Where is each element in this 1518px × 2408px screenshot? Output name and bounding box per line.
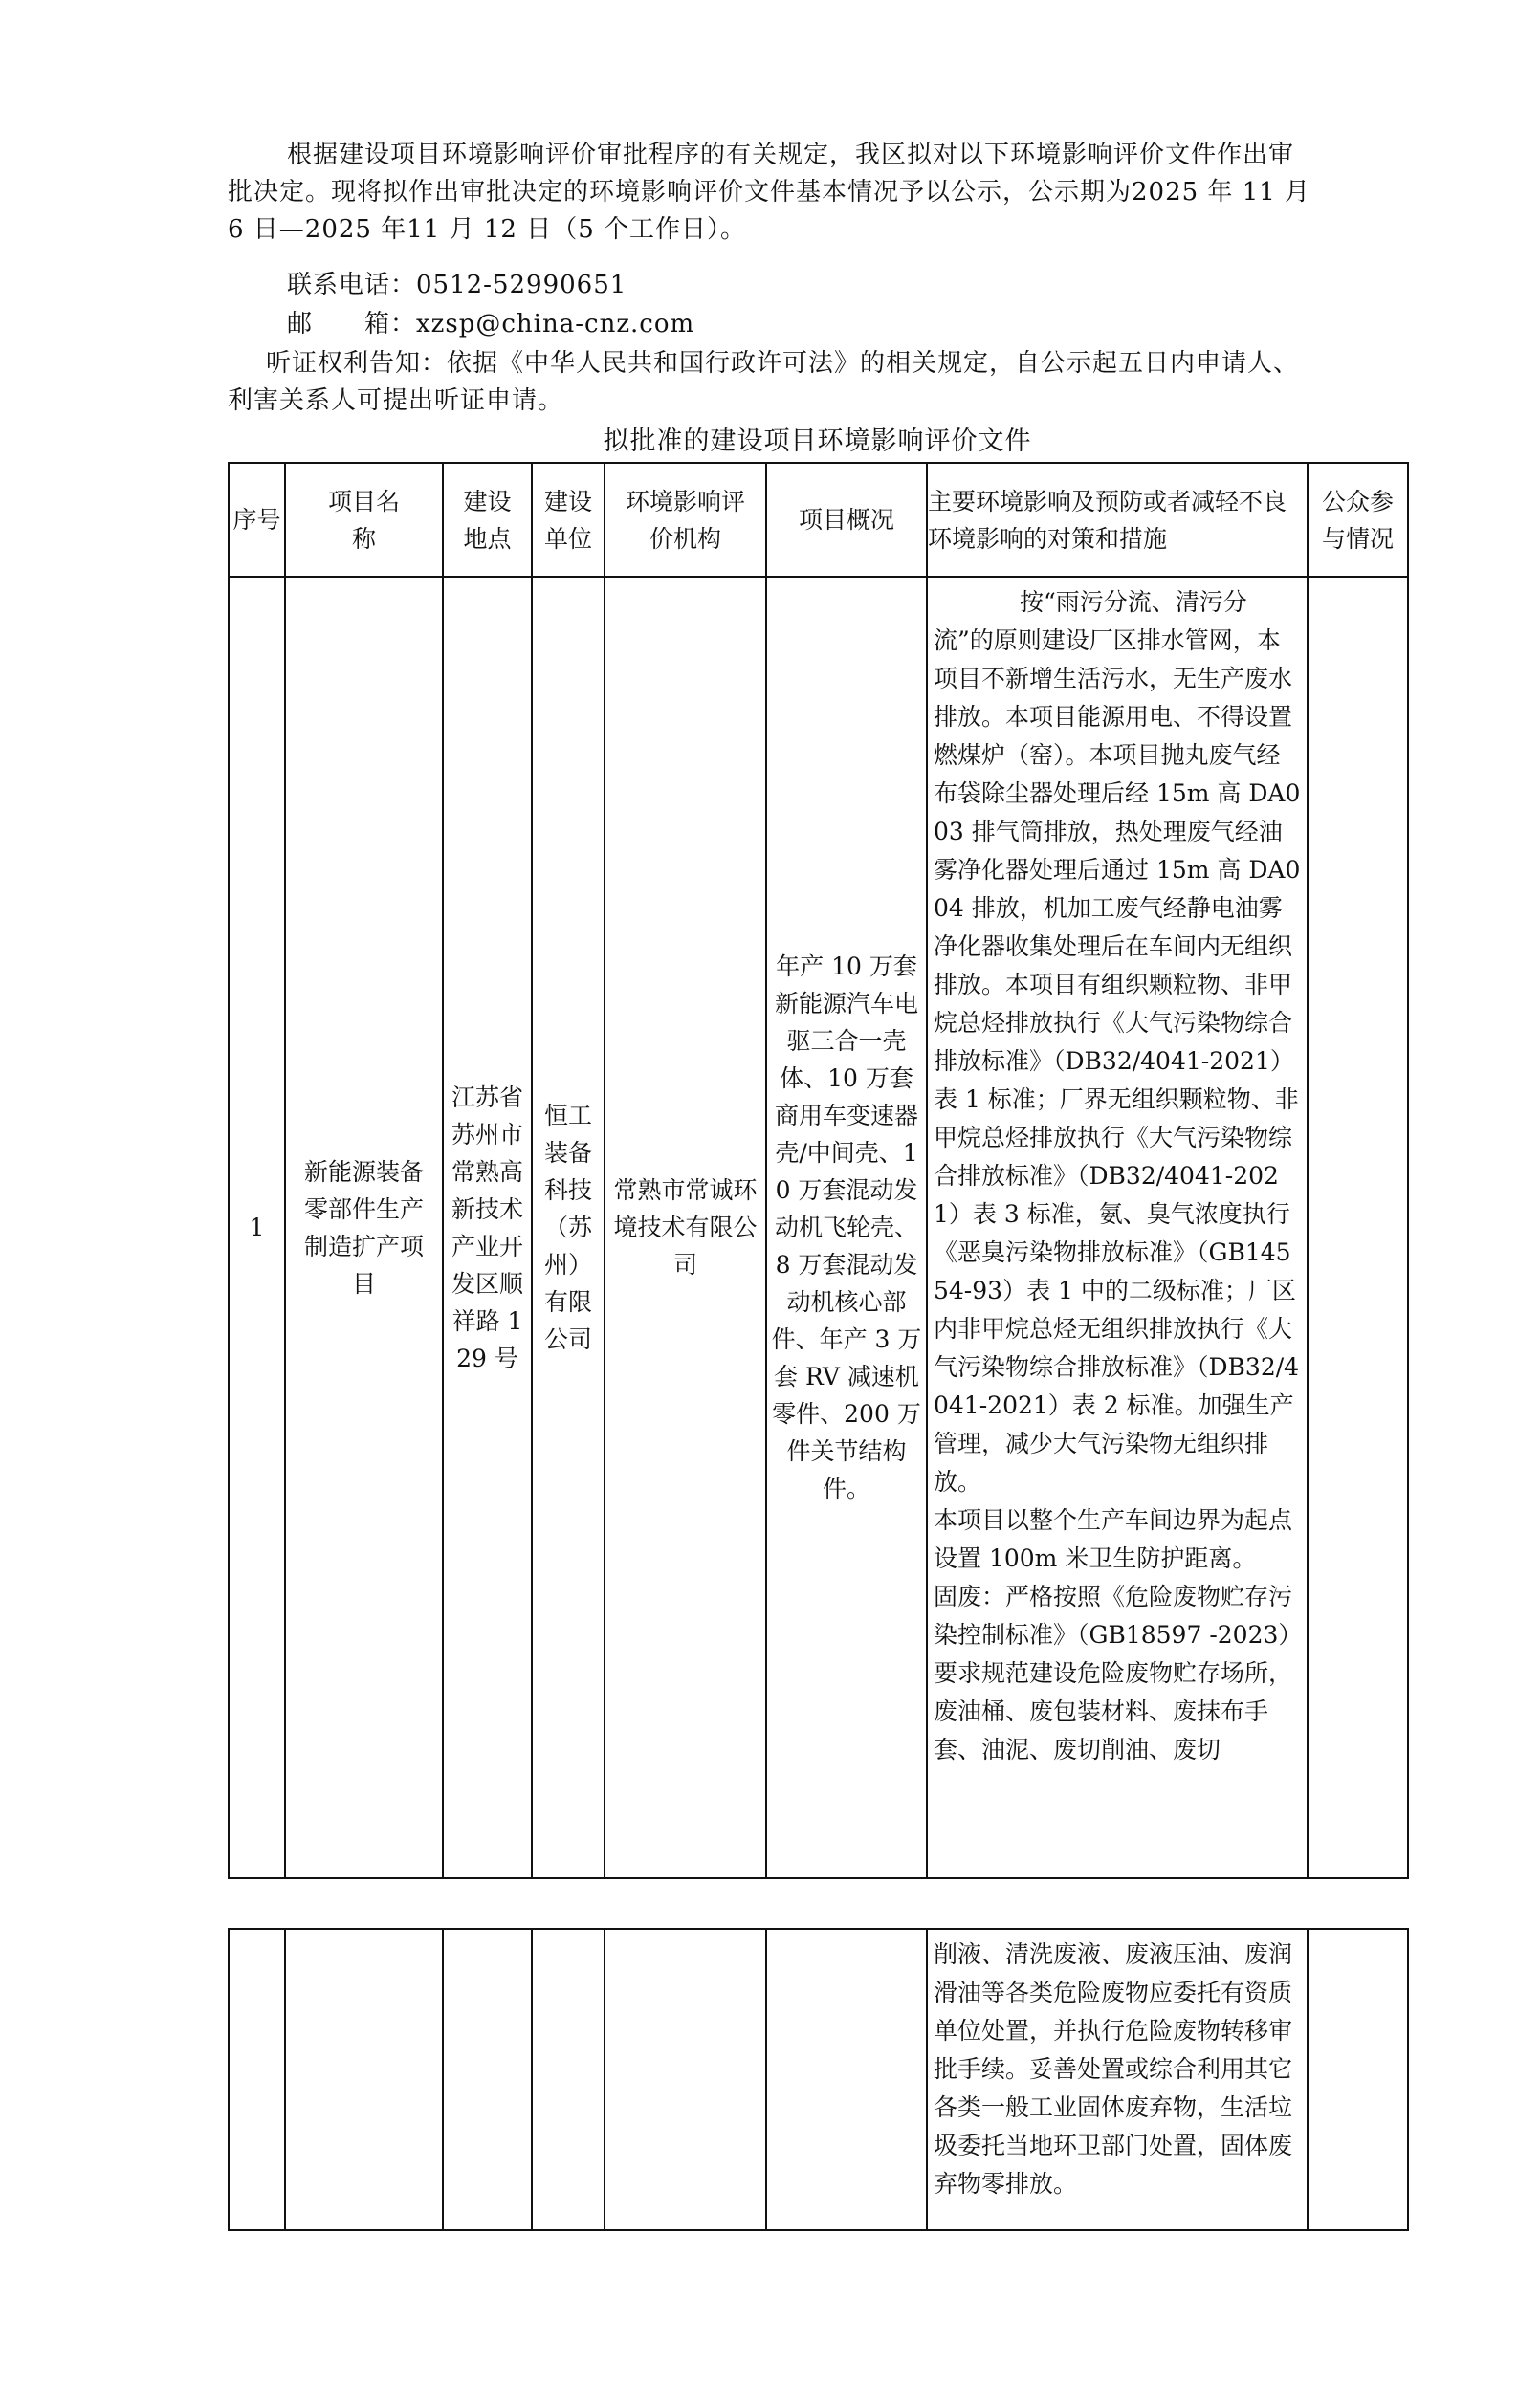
cell-public-participation-cont bbox=[1308, 1929, 1408, 2230]
cell-project-name-cont bbox=[285, 1929, 443, 2230]
cell-builder: 恒工装备科技（苏州）有限公司 bbox=[532, 577, 605, 1878]
header-measures: 主要环境影响及预防或者减轻不良环境影响的对策和措施 bbox=[927, 463, 1308, 577]
eia-table-page-2: 削液、清洗废液、废液压油、废润滑油等各类危险废物应委托有资质单位处置，并执行危险… bbox=[228, 1928, 1409, 2231]
eia-table-page-1: 序号 项目名称 建设地点 建设单位 环境影响评价机构 项目概况 主要环境影响及预… bbox=[228, 462, 1409, 1879]
cell-project-name: 新能源装备零部件生产制造扩产项目 bbox=[285, 577, 443, 1878]
contact-email: 邮 箱：xzsp@china-cnz.com bbox=[228, 306, 1313, 343]
measures-protection-distance: 本项目以整个生产车间边界为起点设置 100m 米卫生防护距离。 bbox=[934, 1501, 1301, 1578]
measures-air-water: 按“雨污分流、清污分流”的原则建设厂区排水管网，本项目不新增生活污水，无生产废水… bbox=[934, 583, 1301, 1501]
header-project-name: 项目名称 bbox=[285, 463, 443, 577]
phone-label: 联系电话： bbox=[287, 271, 416, 299]
table-caption: 拟批准的建设项目环境影响评价文件 bbox=[228, 425, 1407, 459]
table-header-row: 序号 项目名称 建设地点 建设单位 环境影响评价机构 项目概况 主要环境影响及预… bbox=[229, 463, 1408, 577]
cell-measures-cont: 削液、清洗废液、废液压油、废润滑油等各类危险废物应委托有资质单位处置，并执行危险… bbox=[927, 1929, 1308, 2230]
hearing-notice: 听证权利告知：依据《中华人民共和国行政许可法》的相关规定，自公示起五日内申请人、… bbox=[228, 345, 1313, 420]
measures-solid-waste: 固废：严格按照《危险废物贮存污染控制标准》（GB18597 -2023）要求规范… bbox=[934, 1578, 1301, 1769]
cell-overview-cont bbox=[766, 1929, 927, 2230]
header-index: 序号 bbox=[229, 463, 285, 577]
phone-value: 0512-52990651 bbox=[416, 271, 627, 299]
header-location: 建设地点 bbox=[443, 463, 532, 577]
cell-builder-cont bbox=[532, 1929, 605, 2230]
cell-location: 江苏省苏州市常熟高新技术产业开发区顺祥路 129 号 bbox=[443, 577, 532, 1878]
header-eia-agency: 环境影响评价机构 bbox=[605, 463, 766, 577]
email-value: xzsp@china-cnz.com bbox=[416, 310, 694, 339]
header-overview: 项目概况 bbox=[766, 463, 927, 577]
cell-overview: 年产 10 万套新能源汽车电驱三合一壳体、10 万套商用车变速器壳/中间壳、10… bbox=[766, 577, 927, 1878]
intro-paragraph: 根据建设项目环境影响评价审批程序的有关规定，我区拟对以下环境影响评价文件作出审批… bbox=[228, 137, 1313, 249]
table-row-continued: 削液、清洗废液、废液压油、废润滑油等各类危险废物应委托有资质单位处置，并执行危险… bbox=[229, 1929, 1408, 2230]
header-public-participation: 公众参与情况 bbox=[1308, 463, 1408, 577]
cell-index-cont bbox=[229, 1929, 285, 2230]
email-label: 邮 箱： bbox=[287, 310, 416, 339]
table-row: 1 新能源装备零部件生产制造扩产项目 江苏省苏州市常熟高新技术产业开发区顺祥路 … bbox=[229, 577, 1408, 1878]
cell-index: 1 bbox=[229, 577, 285, 1878]
cell-location-cont bbox=[443, 1929, 532, 2230]
cell-public-participation bbox=[1308, 577, 1408, 1878]
header-builder: 建设单位 bbox=[532, 463, 605, 577]
cell-measures: 按“雨污分流、清污分流”的原则建设厂区排水管网，本项目不新增生活污水，无生产废水… bbox=[927, 577, 1308, 1878]
contact-phone: 联系电话：0512-52990651 bbox=[228, 267, 1313, 304]
cell-eia-agency: 常熟市常诚环境技术有限公司 bbox=[605, 577, 766, 1878]
cell-eia-agency-cont bbox=[605, 1929, 766, 2230]
